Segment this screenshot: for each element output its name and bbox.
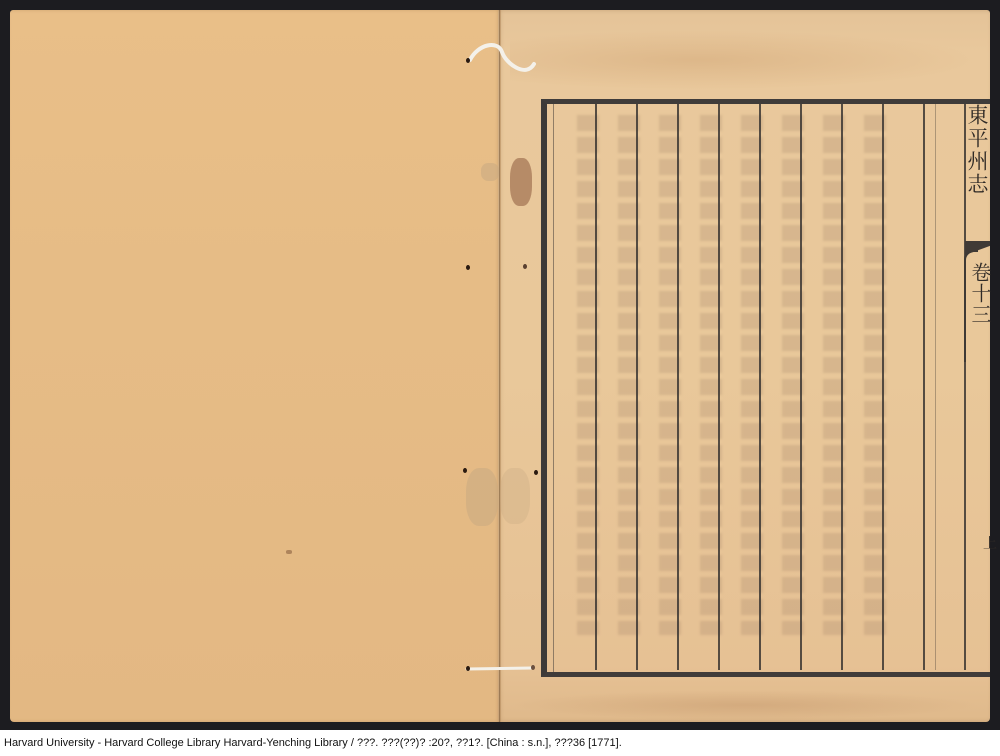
- binding-hole: [531, 665, 535, 670]
- column-rule: [677, 104, 679, 670]
- binding-thread-bottom: [465, 664, 535, 674]
- frame-inner-rule: [553, 104, 554, 672]
- binding-hole: [534, 470, 538, 475]
- running-title: 東平州志: [962, 104, 992, 196]
- paper-repair-patch: [466, 468, 498, 526]
- column-rule: [923, 104, 925, 670]
- scan-viewport: 東平州志 卷十三 上: [0, 0, 1000, 730]
- binding-hole: [463, 468, 467, 473]
- ink-speck: [286, 550, 292, 554]
- column-rule: [636, 104, 638, 670]
- left-page-blank: [10, 10, 500, 722]
- column-rule-faint: [935, 104, 936, 670]
- attribution-caption: Harvard University - Harvard College Lib…: [0, 730, 1000, 756]
- volume-label: 卷十三: [966, 262, 995, 325]
- column-rule: [759, 104, 761, 670]
- paper-repair-patch: [481, 163, 499, 181]
- column-rule: [882, 104, 884, 670]
- column-rule: [800, 104, 802, 670]
- page-mark: 上: [983, 533, 997, 553]
- paper-repair-patch: [500, 468, 530, 524]
- binding-hole: [466, 58, 470, 63]
- paper-stain: [510, 158, 532, 206]
- water-stain-top: [510, 30, 980, 90]
- column-rule: [718, 104, 720, 670]
- binding-hole: [466, 666, 470, 671]
- column-rule: [595, 104, 597, 670]
- binding-hole: [466, 265, 470, 270]
- binding-hole: [523, 264, 527, 269]
- binding-thread-top: [468, 42, 538, 76]
- column-rule: [841, 104, 843, 670]
- inner-margin: [500, 10, 501, 722]
- water-stain-bottom: [510, 690, 980, 720]
